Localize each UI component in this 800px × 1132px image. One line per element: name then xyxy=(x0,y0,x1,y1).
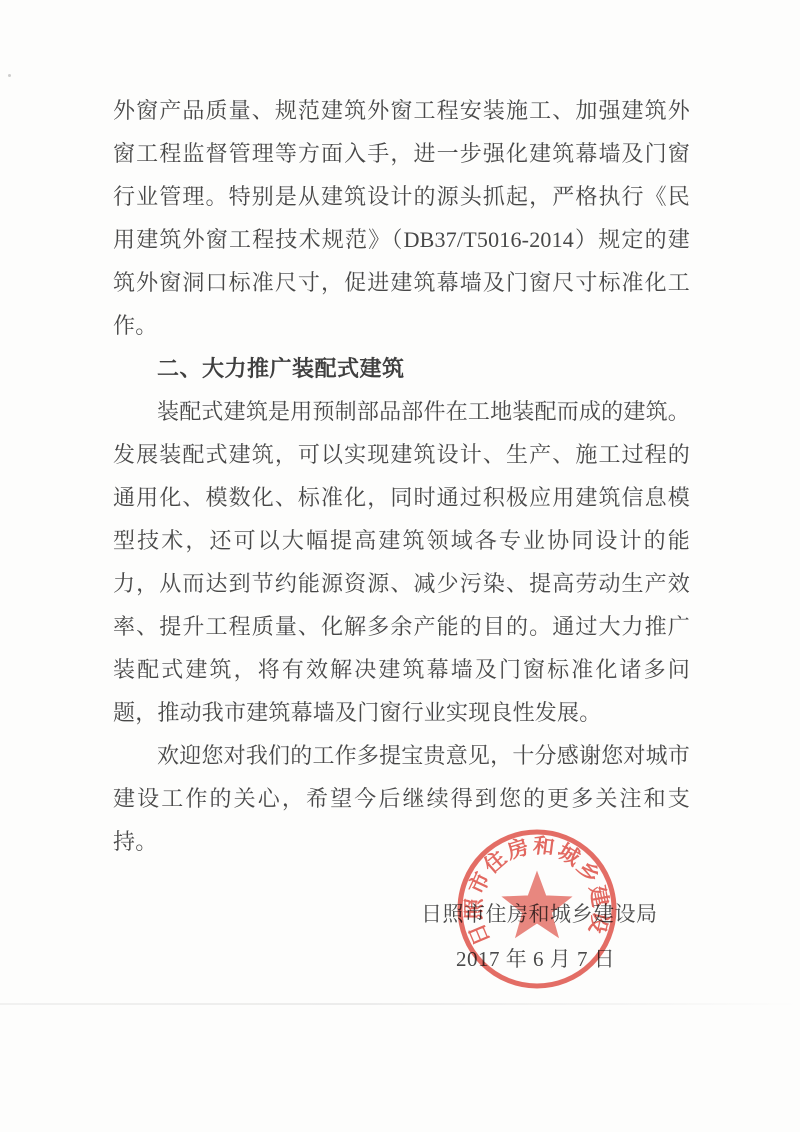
scan-artifact-dot xyxy=(8,74,11,77)
letter-body: 外窗产品质量、规范建筑外窗工程安装施工、加强建筑外窗工程监督管理等方面入手，进一… xyxy=(113,89,690,863)
signature-date: 2017 年 6 月 7 日 xyxy=(456,943,615,973)
paragraph-continuation: 外窗产品质量、规范建筑外窗工程安装施工、加强建筑外窗工程监督管理等方面入手，进一… xyxy=(113,89,690,347)
section-heading: 二、大力推广装配式建筑 xyxy=(113,347,690,390)
paragraph-prefab-buildings: 装配式建筑是用预制部品部件在工地装配而成的建筑。发展装配式建筑，可以实现建筑设计… xyxy=(113,390,690,734)
scan-artifact-line xyxy=(0,1003,800,1005)
signature-organization: 日照市住房和城乡建设局 xyxy=(421,898,658,928)
paragraph-closing: 欢迎您对我们的工作多提宝贵意见，十分感谢您对城市建设工作的关心，希望今后继续得到… xyxy=(113,734,690,863)
scanned-letter-page: 外窗产品质量、规范建筑外窗工程安装施工、加强建筑外窗工程监督管理等方面入手，进一… xyxy=(0,0,800,1132)
